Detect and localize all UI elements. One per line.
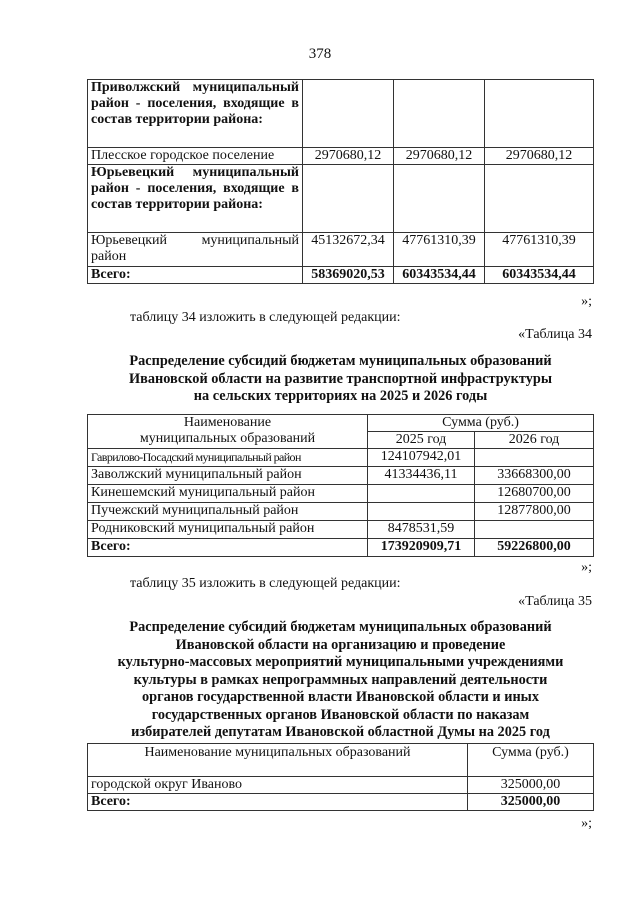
row-label: Пучежский муниципальный район	[88, 503, 368, 521]
value-2025: 124107942,01	[368, 449, 475, 467]
header-sum: Сумма (руб.)	[368, 415, 594, 432]
row-label: Кинешемский муниципальный район	[88, 485, 368, 503]
header-2026: 2026 год	[475, 432, 594, 449]
table-row: Юрьевецкий муниципальный район - поселен…	[88, 165, 594, 233]
table-33-continuation: Приволжский муниципальный район - поселе…	[87, 79, 594, 284]
table-35-title: Распределение субсидий бюджетам муниципа…	[88, 619, 593, 742]
value-cell	[394, 80, 485, 148]
value-2026: 33668300,00	[475, 467, 594, 485]
table-35: Наименование муниципальных образований С…	[87, 743, 594, 811]
page-number: 378	[0, 46, 640, 63]
row-label: Заволжский муниципальный район	[88, 467, 368, 485]
value-2025	[368, 503, 475, 521]
value-2026	[475, 449, 594, 467]
row-label: Всего:	[88, 539, 368, 557]
header-2025: 2025 год	[368, 432, 475, 449]
value-2026: 12877800,00	[475, 503, 594, 521]
title-line: Ивановской области на развитие транспорт…	[88, 371, 593, 389]
closing-quote: »;	[581, 560, 592, 576]
total-row: Всего: 173920909,71 59226800,00	[88, 539, 594, 557]
header-name-line1: Наименование	[91, 415, 364, 431]
value-cell: 2970680,12	[394, 148, 485, 165]
table-row: Гаврилово-Посадский муниципальный район …	[88, 449, 594, 467]
title-line: Ивановской области на организацию и пров…	[88, 637, 593, 655]
table-row: Приволжский муниципальный район - поселе…	[88, 80, 594, 148]
value-2026	[475, 521, 594, 539]
header-name-line2: муниципальных образований	[91, 431, 364, 447]
table-row: Пучежский муниципальный район 12877800,0…	[88, 503, 594, 521]
header-row: Наименование муниципальных образований С…	[88, 415, 594, 432]
title-line: Распределение субсидий бюджетам муниципа…	[88, 619, 593, 637]
header-name: Наименование муниципальных образований	[88, 744, 468, 777]
closing-quote: »;	[581, 294, 592, 310]
section-35-intro: таблицу 35 изложить в следующей редакции…	[130, 576, 401, 592]
value-cell	[303, 80, 394, 148]
title-line: избирателей депутатам Ивановской областн…	[88, 724, 593, 742]
closing-quote: »;	[581, 816, 592, 832]
total-row: Всего: 58369020,53 60343534,44 60343534,…	[88, 267, 594, 284]
total-cell: 60343534,44	[485, 267, 594, 284]
table-row: Заволжский муниципальный район 41334436,…	[88, 467, 594, 485]
value-2025: 8478531,59	[368, 521, 475, 539]
row-label: городской округ Иваново	[88, 777, 468, 794]
title-line: государственных органов Ивановской облас…	[88, 707, 593, 725]
table-34-title: Распределение субсидий бюджетам муниципа…	[88, 353, 593, 406]
title-line: культурно-массовых мероприятий муниципал…	[88, 654, 593, 672]
value-2026: 12680700,00	[475, 485, 594, 503]
value-cell: 2970680,12	[303, 148, 394, 165]
value-cell	[303, 165, 394, 233]
row-label: Родниковский муниципальный район	[88, 521, 368, 539]
table-row: городской округ Иваново 325000,00	[88, 777, 594, 794]
total-cell: 58369020,53	[303, 267, 394, 284]
row-label: Юрьевецкий муниципальный район - поселен…	[88, 165, 303, 233]
row-label: Юрьевецкий муниципальный район	[88, 233, 303, 267]
header-name: Наименование муниципальных образований	[88, 415, 368, 449]
table-row: Кинешемский муниципальный район 12680700…	[88, 485, 594, 503]
table-34: Наименование муниципальных образований С…	[87, 414, 594, 557]
value-2025	[368, 485, 475, 503]
section-34-intro: таблицу 34 изложить в следующей редакции…	[130, 310, 401, 326]
value-cell	[485, 80, 594, 148]
row-label: Гаврилово-Посадский муниципальный район	[88, 449, 368, 467]
total-2025: 173920909,71	[368, 539, 475, 557]
table-34-label: «Таблица 34	[518, 327, 592, 343]
header-row: Наименование муниципальных образований С…	[88, 744, 594, 777]
title-line: органов государственной власти Ивановско…	[88, 689, 593, 707]
title-line: на сельских территориях на 2025 и 2026 г…	[88, 388, 593, 406]
value-cell: 47761310,39	[394, 233, 485, 267]
table-row: Плесское городское поселение 2970680,12 …	[88, 148, 594, 165]
table-row: Родниковский муниципальный район 8478531…	[88, 521, 594, 539]
row-label: Всего:	[88, 794, 468, 811]
table-row: Юрьевецкий муниципальный район 45132672,…	[88, 233, 594, 267]
value-cell: 325000,00	[468, 777, 594, 794]
table-35-label: «Таблица 35	[518, 594, 592, 610]
row-label: Всего:	[88, 267, 303, 284]
total-cell: 60343534,44	[394, 267, 485, 284]
value-cell	[394, 165, 485, 233]
title-line: Распределение субсидий бюджетам муниципа…	[88, 353, 593, 371]
row-label: Плесское городское поселение	[88, 148, 303, 165]
total-row: Всего: 325000,00	[88, 794, 594, 811]
header-sum: Сумма (руб.)	[468, 744, 594, 777]
value-2025: 41334436,11	[368, 467, 475, 485]
row-label: Приволжский муниципальный район - поселе…	[88, 80, 303, 148]
value-cell: 45132672,34	[303, 233, 394, 267]
value-cell	[485, 165, 594, 233]
value-cell: 47761310,39	[485, 233, 594, 267]
total-cell: 325000,00	[468, 794, 594, 811]
total-2026: 59226800,00	[475, 539, 594, 557]
value-cell: 2970680,12	[485, 148, 594, 165]
title-line: культуры в рамках непрограммных направле…	[88, 672, 593, 690]
